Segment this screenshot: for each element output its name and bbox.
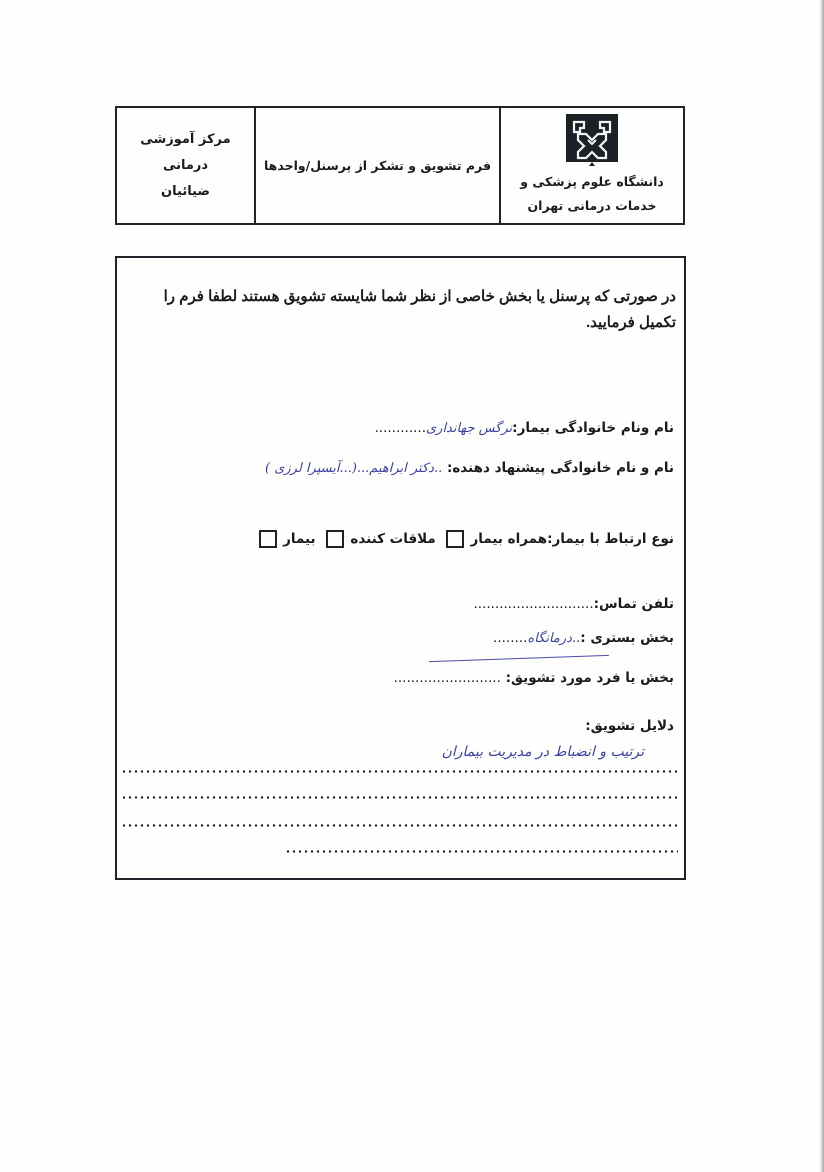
- relation-option-patient-checkbox[interactable]: [259, 530, 277, 548]
- proposer-name-field[interactable]: نام و نام خانوادگی پیشنهاد دهنده: ..دکتر…: [265, 460, 674, 476]
- relation-option-visitor-label: ملاقات کننده: [350, 531, 435, 547]
- phone-dots: ............................: [473, 596, 593, 612]
- patient-name-label: نام ونام خانوادگی بیمار:: [512, 420, 674, 436]
- university-name-line2: خدمات درمانی تهران: [528, 194, 657, 218]
- relation-label: نوع ارتباط با بیمار:: [547, 531, 674, 547]
- proposer-name-label: نام و نام خانوادگی پیشنهاد دهنده:: [447, 460, 674, 476]
- reasons-line-2[interactable]: [121, 796, 678, 799]
- relation-option-companion-checkbox[interactable]: [446, 530, 464, 548]
- university-name-line1: دانشگاه علوم پزشکی و: [520, 170, 664, 194]
- reasons-line-4[interactable]: [285, 850, 678, 853]
- reasons-line-1[interactable]: [121, 770, 678, 773]
- hospital-name-cell: مرکز آموزشی درمانی ضیائیان: [117, 108, 256, 223]
- hospital-name-line2: ضیائیان: [161, 179, 210, 205]
- form-body: در صورتی که پرسنل یا بخش خاصی از نظر شما…: [115, 256, 686, 880]
- proposer-name-value[interactable]: ..دکتر ابراهیم...(...آیسپرا لرزی ): [265, 461, 442, 476]
- ward-dots: ........: [493, 630, 527, 646]
- reasons-value[interactable]: ترتیب و انضباط در مدیریت بیماران: [442, 744, 644, 760]
- ward-value[interactable]: ..درمانگاه: [527, 631, 580, 646]
- scan-edge: [820, 0, 824, 1172]
- university-logo-icon: [566, 114, 618, 166]
- relation-option-companion-label: همراه بیمار: [470, 531, 547, 547]
- target-dots: .........................: [394, 670, 501, 686]
- reasons-label: دلایل تشویق:: [585, 718, 674, 734]
- ward-field[interactable]: بخش بستری :..درمانگاه........: [493, 630, 674, 646]
- form-title: فرم تشویق و تشکر از پرسنل/واحدها: [264, 158, 491, 173]
- ward-label: بخش بستری :: [580, 630, 674, 646]
- pen-underline: [429, 655, 609, 662]
- patient-name-value[interactable]: نرگس جهانداری: [426, 421, 512, 436]
- university-cell: دانشگاه علوم پزشکی و خدمات درمانی تهران: [501, 108, 683, 223]
- relation-option-patient-label: بیمار: [283, 531, 315, 547]
- reasons-line-3[interactable]: [121, 824, 678, 827]
- patient-name-field[interactable]: نام ونام خانوادگی بیمار:نرگس جهانداری...…: [374, 420, 674, 436]
- relation-option-visitor-checkbox[interactable]: [326, 530, 344, 548]
- form-title-cell: فرم تشویق و تشکر از پرسنل/واحدها: [256, 108, 501, 223]
- patient-name-dots: ............: [374, 420, 426, 436]
- target-label: بخش یا فرد مورد تشویق:: [506, 670, 674, 686]
- target-field[interactable]: بخش یا فرد مورد تشویق: .................…: [394, 670, 674, 686]
- phone-label: تلفن تماس:: [594, 596, 674, 612]
- relation-field: نوع ارتباط با بیمار:همراه بیمار ملاقات ک…: [253, 530, 674, 548]
- phone-field[interactable]: تلفن تماس:............................: [473, 596, 674, 612]
- header-table: مرکز آموزشی درمانی ضیائیان فرم تشویق و ت…: [115, 106, 685, 225]
- hospital-name-line1: مرکز آموزشی درمانی: [117, 127, 254, 179]
- form-intro: در صورتی که پرسنل یا بخش خاصی از نظر شما…: [125, 284, 676, 336]
